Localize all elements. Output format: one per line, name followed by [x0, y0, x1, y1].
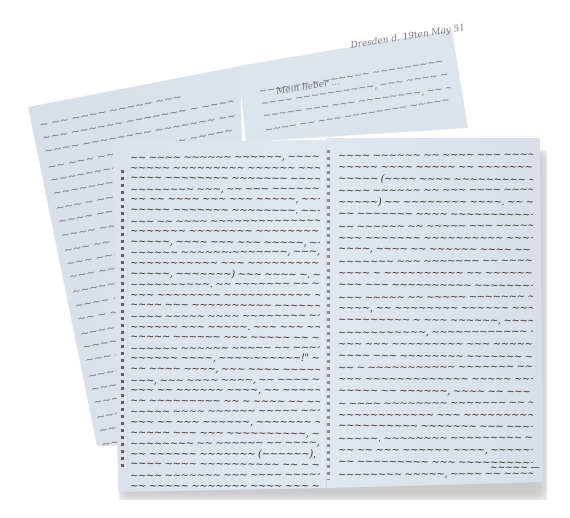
handwritten-line: ~~~~, ~~~~ ~~ ~~~~~~ ~~~~ ~~ ~~: [338, 244, 533, 256]
handwritten-line: ~~~ ~~~~~~~ ~~~~~~~~~~ ~~~~ ~~: [338, 233, 533, 244]
handwritten-line: ~~~ ~~ ~~~ ~~~~~~, ~~~~~~~ ~~~~~~: [130, 417, 320, 428]
handwritten-line: ~~~~ ~~~~~~ ~~ ~~~~ ~~~ ~~~~~~: [338, 149, 533, 161]
handwritten-line: ~~~~ ~~~ ~~~~~~~~ ~~~~~~~ ~~~: [338, 350, 533, 362]
handwritten-line: ~~~~~~~ ~~~~~~~~ ~~~~~~~~. ~~~: [130, 226, 320, 237]
handwritten-line: ~~~~~~~~~ ~ ~~~ ~~~~~~, ~~~~~~~: [338, 315, 533, 327]
handwritten-line: ~~~~~ (~~~~ ~~~~ ~~~~~~~~~ ~~~: [338, 173, 533, 185]
handwritten-line: ~~ ~~~~~~~ ~~~~ ~~~~~~~~~~~ ~~~: [338, 208, 533, 220]
handwritten-line: ~ ~~~~ ~~~~~~~~ ~~~~~~~ ~~ ~~~: [338, 397, 533, 409]
handwritten-line: ~~ ~~~~~ ~~~~~~~ ~~~~ ~~~ ~~~~ ~~~~~: [130, 481, 320, 492]
handwritten-line: ~~~~~ ~~ ~~~~~~, ~~~~ ~~ ~~~ ~ ~~: [338, 385, 533, 397]
handwritten-line: ~~~~~. ~~~~~~~~ ~~~~~~~~~ ~~~~: [338, 433, 533, 445]
handwritten-line: ~~~~~) ~~ ~~~~~~~~ ~~~~. ~~ ~~: [338, 197, 533, 208]
letters-photo: ~ ~~ ~~~~ ~~~~~ ~~~~~~ ~~~~~~ ~~~~~~~ ~ …: [0, 0, 570, 518]
handwritten-line: ~~~~~~~~~~~~ ~~~ ~~~~~~~~~~~~: [338, 410, 533, 421]
handwritten-line: ~~ ~ ~~~~~~~~~~~ ~~~~~~~ ~~~: [338, 362, 533, 374]
handwritten-line: ~~~~, ~~ ~~~~~~~~ ~~~~~~ ~~~~~~: [338, 303, 533, 314]
handwritten-line: ~~ ~~~~~~ ~~ ~~~~~ ~~~ ~~~~~: [338, 220, 533, 232]
handwritten-line: ~~~~~~~~~~~ ~~~ ~~~~~~~~~ (~~ ~~ ~: [130, 258, 320, 269]
handwritten-line: ~~~ ~~ ~~~~~~ ~~~~, ~~ ~~~~~: [130, 385, 320, 396]
handwritten-line: ~~~~~~~~~~~, ~~~~~~~~~~~~ ~~~~~: [338, 326, 533, 338]
margin-writing-left: [121, 170, 124, 470]
handwritten-line: ~~~~ ~ ~~~~~~~~~~ ~~ ~~~~~~~~~~: [338, 268, 533, 279]
handwritten-line: ~~~~~~~~~~ ~~~~~~~ ~~~ ~~~~~~~~: [338, 421, 533, 433]
fold-writing: [327, 150, 330, 480]
handwritten-line: ~~~~~ ~~~~ ~~~~~ ~~ ~~~~~~~~.: [338, 162, 533, 173]
handwritten-line: ~~~~~~~ ~~~ ~~~~~~~ ~~ ~~~~~~: [338, 256, 533, 268]
signature: ~~~~~ —: [490, 463, 540, 473]
handwritten-line: ~~ ~~ ~~~ ~~~~~~ ~~~~, ~~~~~~~: [338, 445, 533, 456]
handwritten-line: ~~~ ~~~ ~~~~~~~~~~ ~~~~~~~~~~~~~~: [338, 279, 533, 291]
handwritten-line: ~~~ ~~~ ~~~~~~~~~ ~~~ ~~~~~~~~: [338, 339, 533, 350]
handwritten-line: ~~~~ ~~~~~~ ~~ ~~~ ~~~~ ~~~~~~: [338, 185, 533, 197]
handwritten-line: ~~~ ~~~~~ ~~ ~~~~~ ~~~~~~~ ~~~~: [338, 291, 533, 303]
handwritten-line: ~~~ ~~~~~~~~~~~~~ ~~~~~ ~~~~~~: [338, 374, 533, 385]
